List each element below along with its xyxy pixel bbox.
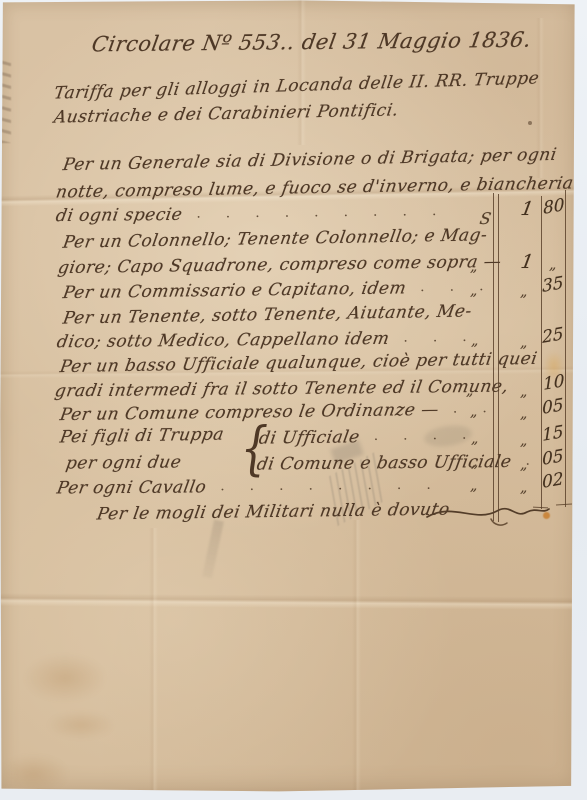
scudi-column-mark: S bbox=[478, 209, 493, 228]
ditto-mark: „ bbox=[470, 478, 477, 494]
baiocchi-value: 25 bbox=[542, 324, 564, 348]
leader-dots: ........ bbox=[220, 477, 456, 495]
leader-dots: .. bbox=[453, 400, 512, 417]
row-commissario-line-1: Per un Commissario e Capitano, idem... bbox=[63, 277, 509, 303]
stain-bottom-left-large bbox=[10, 646, 120, 710]
scudi-value: „ bbox=[520, 406, 527, 422]
leader-dots: ... bbox=[420, 278, 509, 295]
fold-crease-main bbox=[0, 593, 587, 610]
stain-bottom-left-corner bbox=[0, 748, 81, 800]
row-text: Per ogni Cavallo bbox=[55, 477, 208, 498]
leader-dots: ......... bbox=[196, 203, 461, 222]
row-generale-line-3: di ogni specie......... bbox=[56, 202, 462, 226]
footer-note-line: Per le mogli dei Militari nulla è dovuto bbox=[97, 500, 450, 525]
row-text: di Ufficiale bbox=[257, 427, 361, 448]
baiocchi-value: 35 bbox=[542, 273, 564, 297]
row-text: gradi intermedi fra il sotto Tenente ed … bbox=[53, 377, 510, 402]
page-title: Circolare Nº 553.. del 31 Maggio 1836. bbox=[90, 28, 533, 57]
column-rule-baiocchi bbox=[565, 190, 566, 507]
row-text: giore; Capo Squadrone, compreso come sop… bbox=[56, 252, 503, 278]
scudi-value: 1 bbox=[519, 251, 535, 273]
baiocchi-value: „ bbox=[549, 257, 556, 273]
column-rule-double-right bbox=[498, 194, 499, 522]
row-cavallo-line-1: Per ogni Cavallo........ bbox=[57, 476, 456, 499]
scudi-value: „ bbox=[520, 384, 527, 400]
ink-bleed-left-edge bbox=[0, 58, 11, 143]
ditto-mark: „ bbox=[471, 455, 478, 471]
row-tenente-line-2: dico; sotto Medico, Cappellano idem... bbox=[57, 328, 492, 353]
fold-crease-vertical-bottom-center bbox=[352, 520, 361, 790]
row-basso-ufficiale-line-2: gradi intermedi fra il sotto Tenente ed … bbox=[55, 377, 509, 402]
row-text: Per un Tenente, sotto Tenente, Aiutante,… bbox=[61, 301, 473, 328]
baiocchi-value: 15 bbox=[542, 422, 564, 446]
row-figli-truppa-left-1: Pei figli di Truppa bbox=[60, 425, 224, 448]
ditto-mark: „ bbox=[471, 431, 478, 447]
row-text: Per un Commissario e Capitano, idem bbox=[61, 278, 407, 303]
subtitle-line-2: Austriache e dei Carabinieri Pontifici. bbox=[54, 100, 399, 127]
pencil-smudge-center bbox=[202, 520, 224, 579]
subtitle-text-1: Tariffa per gli alloggi in Locanda delle… bbox=[53, 68, 541, 103]
row-text: per ogni due bbox=[64, 452, 183, 473]
baiocchi-value: 05 bbox=[542, 446, 564, 470]
row-generale-line-1: Per un Generale sia di Divisione o di Br… bbox=[63, 145, 557, 175]
row-figli-truppa-option-ufficiale: di Ufficiale.... bbox=[259, 425, 492, 448]
row-figli-truppa-option-comune: di Comune e basso Ufficiale. bbox=[257, 451, 555, 474]
subtitle-text-2: Austriache e dei Carabinieri Pontifici. bbox=[52, 100, 400, 127]
row-figli-truppa-left-2: per ogni due bbox=[66, 452, 181, 473]
footer-note: Per le mogli dei Militari nulla è dovuto bbox=[95, 500, 451, 525]
row-text: Per un Colonnello; Tenente Colonnello; e… bbox=[61, 225, 488, 252]
column-rule-double-left bbox=[493, 193, 494, 521]
ditto-mark: „ bbox=[466, 383, 473, 399]
ditto-mark: „ bbox=[470, 259, 477, 275]
ditto-mark: „ bbox=[470, 404, 477, 420]
row-text: Pei figli di Truppa bbox=[58, 425, 225, 448]
scudi-value: „ bbox=[520, 284, 527, 300]
scudi-value: „ bbox=[520, 335, 527, 351]
scudi-value: „ bbox=[520, 433, 527, 449]
row-text: Per un Generale sia di Divisione o di Br… bbox=[62, 145, 559, 175]
document-title-line: Circolare Nº 553.. del 31 Maggio 1836. bbox=[92, 28, 532, 57]
leader-dots: ... bbox=[403, 329, 492, 346]
row-basso-ufficiale-line-1: Per un basso Ufficiale qualunque, cioè p… bbox=[60, 349, 538, 377]
stain-bottom-left-small bbox=[36, 706, 126, 744]
row-text: dico; sotto Medico, Cappellano idem bbox=[55, 329, 391, 353]
row-colonnello-line-2: giore; Capo Squadrone, compreso come sop… bbox=[58, 252, 502, 278]
paper-sheet: Circolare Nº 553.. del 31 Maggio 1836. T… bbox=[0, 0, 581, 795]
fold-crease-vertical-bottom-left bbox=[149, 528, 158, 790]
baiocchi-value: 05 bbox=[542, 395, 564, 419]
speck-dark bbox=[528, 121, 532, 125]
subtitle-line-1: Tariffa per gli alloggi in Locanda delle… bbox=[54, 68, 540, 103]
speck-orange bbox=[543, 512, 550, 519]
scanned-document-page: Circolare Nº 553.. del 31 Maggio 1836. T… bbox=[0, 0, 587, 800]
fold-crease-vertical-top-center bbox=[297, 0, 306, 145]
baiocchi-value: 10 bbox=[543, 371, 565, 395]
scudi-value: 1 bbox=[519, 198, 535, 220]
scudi-value: „ bbox=[520, 457, 527, 473]
baiocchi-value: 02 bbox=[542, 469, 564, 493]
scudi-value: „ bbox=[520, 480, 527, 496]
ditto-mark: „ bbox=[471, 333, 478, 349]
ditto-mark: „ bbox=[470, 283, 477, 299]
row-colonnello-line-1: Per un Colonnello; Tenente Colonnello; e… bbox=[63, 225, 488, 252]
row-comune-line-1: Per un Comune compreso le Ordinanze —.. bbox=[60, 399, 512, 425]
row-tenente-line-1: Per un Tenente, sotto Tenente, Aiutante,… bbox=[63, 301, 472, 328]
row-text: di ogni specie bbox=[54, 205, 184, 226]
row-generale-line-2: notte, compreso lume, e fuoco se d'inver… bbox=[56, 173, 574, 202]
baiocchi-value: 80 bbox=[543, 195, 565, 219]
row-text: Per un basso Ufficiale qualunque, cioè p… bbox=[58, 349, 538, 377]
